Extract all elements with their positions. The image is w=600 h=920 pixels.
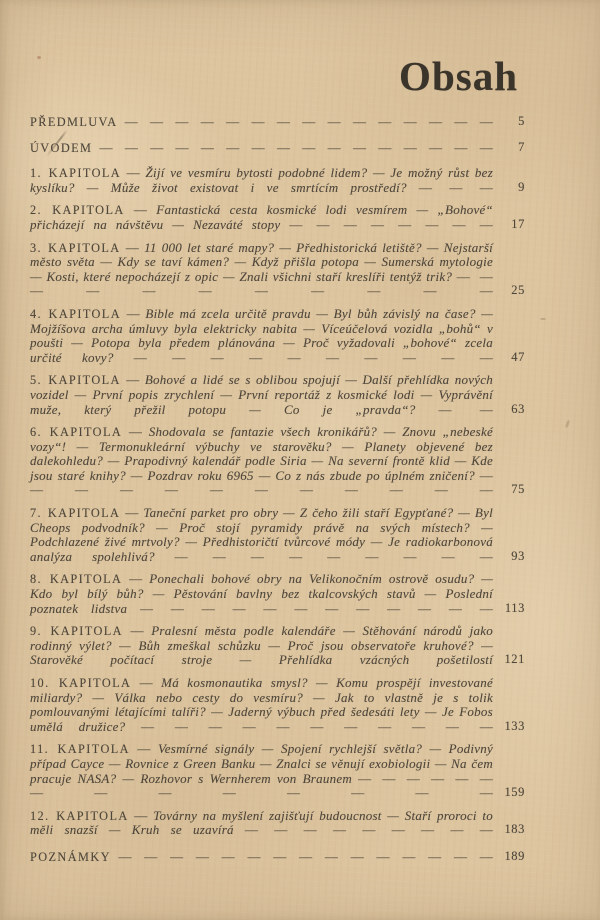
toc-entry-page: 159 <box>504 785 525 800</box>
toc-entry-page: 93 <box>511 549 525 564</box>
toc-entry-page: 25 <box>511 283 525 298</box>
toc-entry-separator: — <box>129 808 154 823</box>
toc-entry-leader: — — — — — — — — — <box>175 549 493 564</box>
toc-entry-page: 133 <box>504 719 525 734</box>
toc-entry: 8. KAPITOLA — Ponechali bohové obry na V… <box>30 572 493 616</box>
toc-entry: 4. KAPITOLA — Bible má zcela určitě prav… <box>30 307 493 365</box>
toc-entry-label: POZNÁMKY <box>30 850 111 864</box>
toc-entry-separator: — <box>122 571 149 586</box>
page-title: Obsah <box>399 54 518 98</box>
toc-entry: 10. KAPITOLA — Má kosmonautika smysl? — … <box>30 676 493 734</box>
toc-entry-page: 189 <box>504 849 525 864</box>
toc-entry-separator: — <box>121 372 145 387</box>
toc-entry: ÚVODEM — — — — — — — — — — — — — — — —7 <box>30 141 493 156</box>
toc-entry-leader: — — — — — — — — — — — — — — — — <box>99 140 493 155</box>
toc-entry: 6. KAPITOLA — Shodovala se fantazie všec… <box>30 425 493 498</box>
toc-entry-page: 5 <box>518 114 525 129</box>
paper-speck <box>540 318 546 320</box>
title-row: Obsah <box>0 0 600 98</box>
toc-entry-leader: — — — — — — — — — — — — <box>140 601 493 616</box>
toc-entry-label: ÚVODEM <box>30 141 92 155</box>
paper-speck <box>565 420 571 429</box>
toc-entry-label: 6. KAPITOLA <box>30 425 122 439</box>
toc-entry-label: 12. KAPITOLA <box>30 809 129 823</box>
toc-entry: 9. KAPITOLA — Pralesní města podle kalen… <box>30 624 493 668</box>
toc-entry: 2. KAPITOLA — Fantastická cesta kosmické… <box>30 203 493 232</box>
toc-entry-page: 9 <box>518 180 525 195</box>
toc-entry: PŘEDMLUVA — — — — — — — — — — — — — — —5 <box>30 115 493 130</box>
toc-entry-leader: — — — — — — — — <box>289 217 493 232</box>
toc-entry-label: 11. KAPITOLA <box>30 742 130 756</box>
toc-entry-leader: — — — — — — — — — — — <box>141 719 493 734</box>
toc-entry-leader: — — — — — — — — — <box>245 822 493 837</box>
toc-entry-separator: — <box>122 424 149 439</box>
toc-entry-separator: — <box>123 623 151 638</box>
toc-entry-leader: — — — <box>419 180 493 195</box>
toc-entry-page: 17 <box>511 217 525 232</box>
toc-entry-label: 3. KAPITOLA <box>30 241 121 255</box>
toc-entry-label: 4. KAPITOLA <box>30 307 121 321</box>
toc-entry-label: PŘEDMLUVA <box>30 115 118 129</box>
paper-speck <box>37 56 41 59</box>
toc-entry-label: 8. KAPITOLA <box>30 572 122 586</box>
toc-entry-label: 7. KAPITOLA <box>30 506 120 520</box>
toc-entry-label: 1. KAPITOLA <box>30 166 121 180</box>
toc-entry-leader: — — — — — — — — — — — — — — — <box>118 849 493 864</box>
toc-entry-label: 5. KAPITOLA <box>30 373 121 387</box>
book-page: Obsah PŘEDMLUVA — — — — — — — — — — — — … <box>0 0 600 920</box>
toc-entry-page: 75 <box>511 482 525 497</box>
toc-entry: 11. KAPITOLA — Vesmírné signály — Spojen… <box>30 742 493 800</box>
toc-entry-separator: — <box>121 165 145 180</box>
toc-entry-separator: — <box>125 202 157 217</box>
toc-entry: 7. KAPITOLA — Taneční parket pro obry — … <box>30 506 493 564</box>
toc-entry-page: 7 <box>518 140 525 155</box>
toc-entry-separator: — <box>120 505 143 520</box>
toc-entry-label: 2. KAPITOLA <box>30 203 125 217</box>
toc-entry-page: 121 <box>504 652 525 667</box>
toc-entry-label: 10. KAPITOLA <box>30 676 131 690</box>
toc-entry: 1. KAPITOLA — Žijí ve vesmíru bytosti po… <box>30 166 493 195</box>
toc-list: PŘEDMLUVA — — — — — — — — — — — — — — —5… <box>30 115 493 865</box>
toc-entry-page: 183 <box>504 822 525 837</box>
toc-entry-page: 63 <box>511 402 525 417</box>
toc-entry-separator: — <box>130 741 158 756</box>
toc-entry: 5. KAPITOLA — Bohové a lidé se s oblibou… <box>30 373 493 417</box>
toc-entry-separator: — <box>121 306 145 321</box>
toc-entry-leader: — — — — — — — — — — — — — — — <box>125 114 493 129</box>
toc-entry-separator: — <box>121 240 145 255</box>
toc-entry-page: 113 <box>505 601 525 616</box>
toc-entry-separator: — <box>131 675 161 690</box>
toc-entry: 3. KAPITOLA — 11 000 let staré mapy? — P… <box>30 241 493 299</box>
toc-entry: 12. KAPITOLA — Továrny na myšlení zajišť… <box>30 809 493 838</box>
toc-entry-page: 47 <box>511 350 525 365</box>
toc-entry-leader: — — <box>439 402 494 417</box>
toc-entry-leader: — — — — — — — — — — <box>134 350 493 365</box>
toc-entry: POZNÁMKY — — — — — — — — — — — — — — —18… <box>30 850 493 865</box>
toc-entry-label: 9. KAPITOLA <box>30 624 123 638</box>
